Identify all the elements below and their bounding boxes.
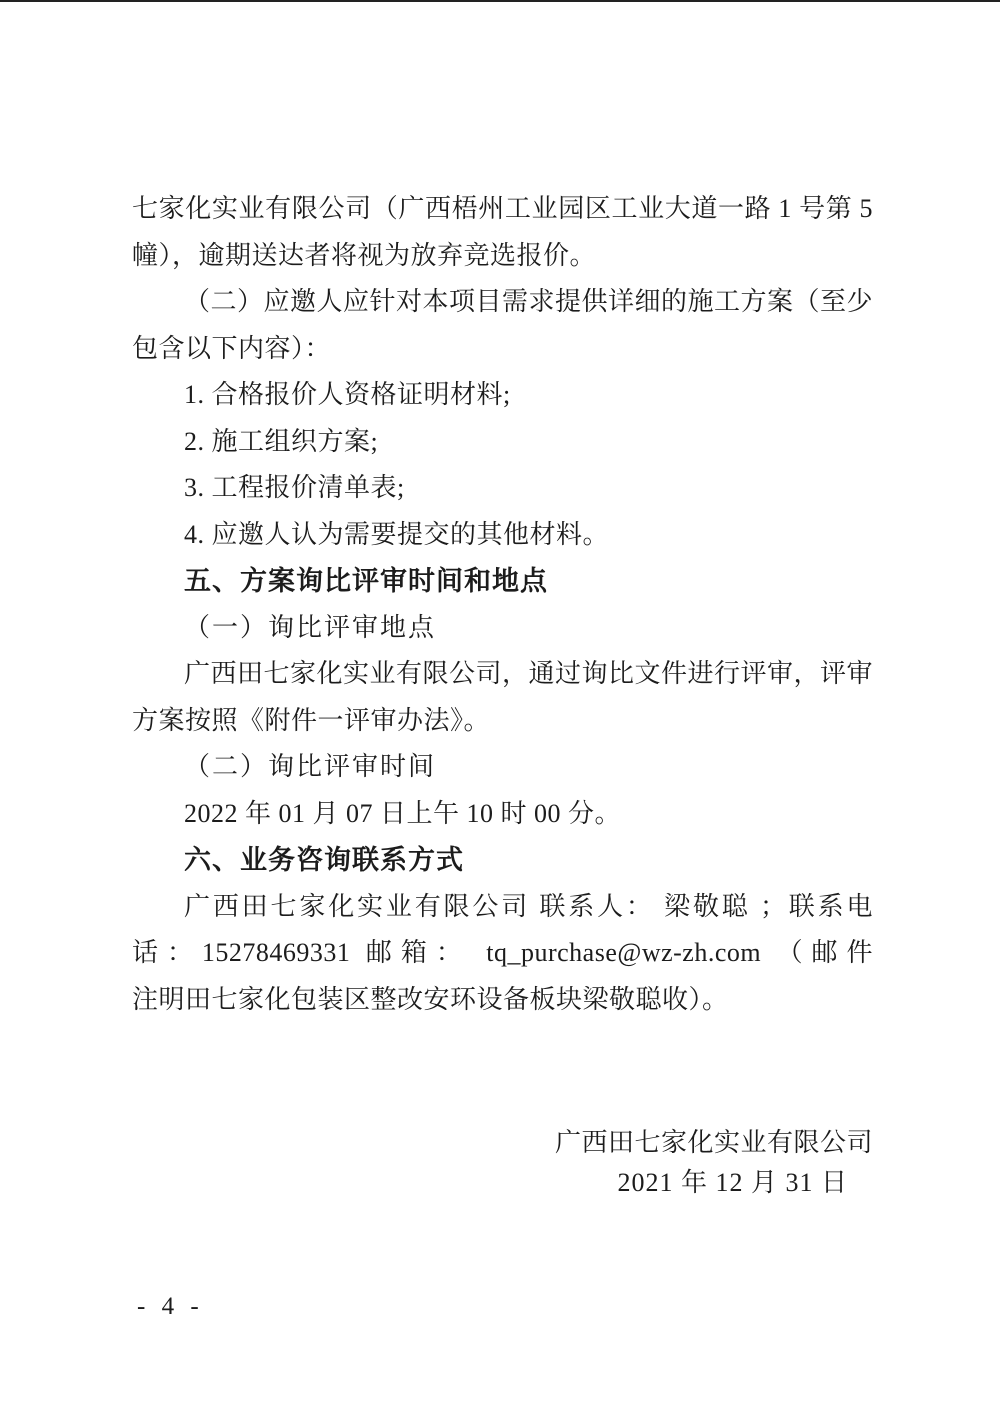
- signature-date: 2021 年 12 月 31 日: [132, 1163, 873, 1203]
- signature-company: 广西田七家化实业有限公司: [132, 1123, 873, 1163]
- paragraph-contact-line-3: 注明田七家化包装区整改安环设备板块梁敬聪收）。: [132, 977, 873, 1024]
- page-number: - 4 -: [137, 1292, 204, 1322]
- list-item-1: 1. 合格报价人资格证明材料;: [132, 372, 873, 419]
- paragraph-review-location-line-2: 方案按照《附件一评审办法》。: [132, 698, 873, 745]
- paragraph-address-continuation-line-2: 幢），逾期送达者将视为放弃竞选报价。: [132, 233, 873, 280]
- document-page: { "document": { "body_lines": [ "七家化实业有限…: [0, 0, 1000, 1414]
- paragraph-review-time: 2022 年 01 月 07 日上午 10 时 00 分。: [132, 791, 873, 838]
- paragraph-address-continuation-line-1: 七家化实业有限公司（广西梧州工业园区工业大道一路 1 号第 5: [132, 186, 873, 233]
- list-item-3: 3. 工程报价清单表;: [132, 465, 873, 512]
- list-item-2: 2. 施工组织方案;: [132, 419, 873, 466]
- scan-top-edge: [0, 0, 1000, 2]
- subheading-5-2: （二）询比评审时间: [132, 744, 873, 791]
- paragraph-contact-line-2: 话：15278469331 邮箱： tq_purchase@wz-zh.com …: [132, 930, 873, 977]
- document-body: 七家化实业有限公司（广西梧州工业园区工业大道一路 1 号第 5 幢），逾期送达者…: [132, 186, 873, 1023]
- paragraph-item-2-line-1: （二）应邀人应针对本项目需求提供详细的施工方案（至少: [132, 279, 873, 326]
- signature-block: 广西田七家化实业有限公司 2021 年 12 月 31 日: [132, 1123, 873, 1203]
- section-heading-5: 五、方案询比评审时间和地点: [132, 558, 873, 605]
- paragraph-review-location-line-1: 广西田七家化实业有限公司，通过询比文件进行评审，评审: [132, 651, 873, 698]
- subheading-5-1: （一）询比评审地点: [132, 605, 873, 652]
- paragraph-contact-line-1: 广西田七家化实业有限公司 联系人： 梁敬聪 ；联系电: [132, 884, 873, 931]
- section-heading-6: 六、业务咨询联系方式: [132, 837, 873, 884]
- list-item-4: 4. 应邀人认为需要提交的其他材料。: [132, 512, 873, 559]
- paragraph-item-2-line-2: 包含以下内容）：: [132, 326, 873, 373]
